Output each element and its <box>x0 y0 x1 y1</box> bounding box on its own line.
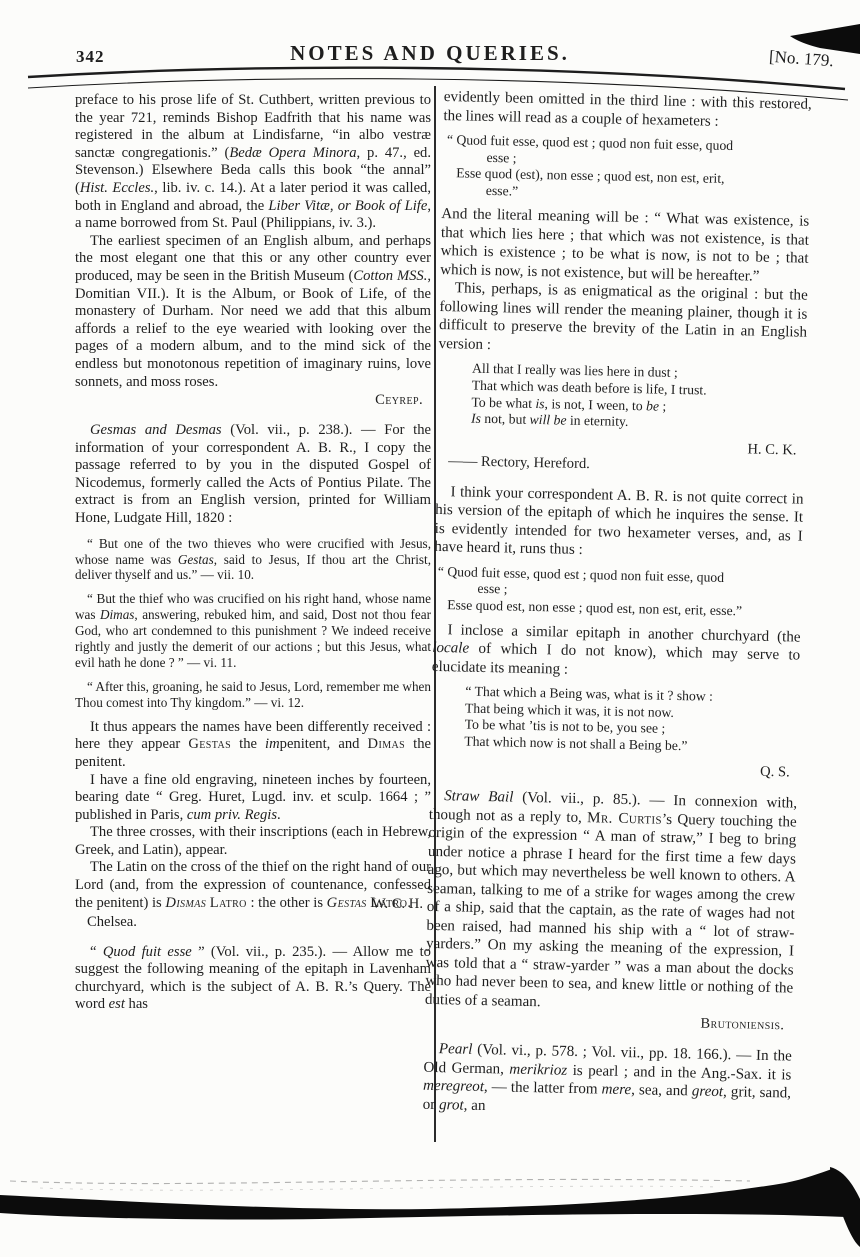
block-quote: “ But the thief who was crucified on his… <box>75 591 431 671</box>
text-segment: not, but <box>481 411 530 427</box>
text-segment: merikrioz <box>509 1061 567 1078</box>
text-segment: H. C. K. <box>747 441 796 458</box>
left-column: preface to his prose life of St. Cuthber… <box>75 92 431 1014</box>
paragraph: The three crosses, with their inscriptio… <box>75 824 431 859</box>
place-line: Chelsea. <box>87 913 431 931</box>
text-segment: W. C. H. <box>372 896 423 912</box>
text-segment: mere <box>601 1082 631 1099</box>
text-segment: To be what <box>471 394 535 410</box>
text-segment: esse ; <box>477 581 507 597</box>
signature: Ceyrep. <box>75 391 431 409</box>
text-segment: Brutoniensis. <box>700 1016 784 1034</box>
text-segment: : the other is <box>247 895 327 911</box>
text-segment: , sea, and <box>631 1083 692 1100</box>
text-segment: grot <box>439 1097 464 1114</box>
text-segment: esse ; <box>486 150 516 166</box>
text-segment: Mr. Curtis <box>587 810 662 828</box>
text-segment: locale <box>432 640 469 657</box>
text-segment: is pearl ; and in the Ang.-Sax. it is <box>567 1063 792 1084</box>
text-segment: The three crosses, with their inscriptio… <box>75 824 431 858</box>
text-segment: Straw Bail <box>444 789 514 806</box>
text-segment: This, perhaps, is as enigmatical as the … <box>438 281 807 353</box>
text-segment: of which I do not know), which may serve… <box>432 641 801 678</box>
block-quote: “ After this, groaning, he said to Jesus… <box>75 679 431 711</box>
text-segment: greot <box>692 1084 724 1101</box>
text-segment: in eternity. <box>566 413 628 429</box>
text-segment: “ <box>90 944 103 960</box>
text-segment: Dimas <box>368 736 406 752</box>
text-segment: has <box>125 996 148 1012</box>
text-segment: Gestas <box>178 552 214 567</box>
text-segment: —— Rectory, Hereford. <box>448 453 590 472</box>
text-segment: esse.” <box>486 183 519 199</box>
text-segment: Ceyrep. <box>375 392 423 408</box>
text-segment: est <box>109 996 125 1012</box>
text-segment: Chelsea. <box>87 914 137 930</box>
text-segment: Liber Vitæ, or Book of Life <box>268 198 427 214</box>
text-segment: penitent, and <box>280 736 368 752</box>
paragraph: I inclose a similar epitaph in another c… <box>432 620 801 683</box>
text-segment: Gestas <box>327 895 367 911</box>
text-segment: “ After this, groaning, he said to Jesus… <box>75 679 431 710</box>
right-column: evidently been omitted in the third line… <box>423 88 812 1122</box>
text-segment: will be <box>529 412 566 428</box>
paragraph: “ Quod fuit esse ” (Vol. vii., p. 235.).… <box>75 944 431 1014</box>
text-segment: Gesmas and Desmas <box>90 422 222 438</box>
paragraph: I think your correspondent A. B. R. is n… <box>434 483 803 565</box>
verse: “ Quod fuit esse, quod est ; quod non fu… <box>433 564 802 621</box>
text-segment: Dimas <box>100 607 134 622</box>
text-segment: Q. S. <box>760 764 790 781</box>
text-segment: Is <box>471 411 481 426</box>
paragraph: I have a fine old engraving, nineteen in… <box>75 772 431 825</box>
text-segment: cum priv. Regis <box>187 807 277 823</box>
page-title: NOTES AND QUERIES. <box>0 41 860 66</box>
scan-artifact-bottom-edge <box>0 1155 860 1257</box>
text-segment: be <box>646 398 659 413</box>
text-segment: I think your correspondent A. B. R. is n… <box>434 484 803 558</box>
text-segment: Cotton MSS. <box>353 268 427 284</box>
block-quote: “ But one of the two thieves who were cr… <box>75 536 431 584</box>
text-segment: , an <box>463 1098 485 1114</box>
paragraph: This, perhaps, is as enigmatical as the … <box>438 279 807 361</box>
text-segment: , is not, I ween, to <box>544 396 646 413</box>
paragraph: preface to his prose life of St. Cuthber… <box>75 92 431 233</box>
text-segment: meregreot <box>423 1078 484 1095</box>
text-segment: Latro <box>210 895 247 911</box>
paragraph: The earliest specimen of an English albu… <box>75 233 431 391</box>
text-segment: Bedæ Opera Minora <box>229 145 356 161</box>
verse: “ That which a Being was, what is it ? s… <box>460 684 799 757</box>
paragraph: evidently been omitted in the third line… <box>443 88 812 133</box>
text-segment: , Domitian VII.). It is the Album, or Bo… <box>75 268 431 390</box>
paragraph: Straw Bail (Vol. vii., p. 85.). — In con… <box>425 787 798 1017</box>
text-segment: Dismas <box>165 895 206 911</box>
text-segment: ; <box>659 398 667 413</box>
text-segment: im <box>265 736 280 752</box>
page: 342 NOTES AND QUERIES. [No. 179. preface… <box>0 0 860 1257</box>
text-segment: the <box>231 736 265 752</box>
paragraph: Pearl (Vol. vi., p. 578. ; Vol. vii., pp… <box>423 1040 792 1122</box>
text-segment: , — the latter from <box>484 1079 602 1097</box>
text-segment: Hist. Eccles. <box>80 180 154 196</box>
verse: All that I really was lies here in dust … <box>467 361 806 434</box>
text-segment: ’s Query touching the origin of the expr… <box>425 812 797 1010</box>
text-segment: Gestas <box>188 736 231 752</box>
text-segment: . <box>277 807 281 823</box>
paragraph: It thus appears the names have been diff… <box>75 719 431 772</box>
text-segment: Quod fuit esse <box>103 944 192 960</box>
signature: Q. S. <box>430 756 798 782</box>
paragraph: Gesmas and Desmas (Vol. vii., p. 238.). … <box>75 422 431 528</box>
text-segment: Pearl <box>439 1042 473 1059</box>
paragraph: And the literal meaning will be : “ What… <box>440 205 809 287</box>
text-segment: evidently been omitted in the third line… <box>443 89 812 129</box>
issue-number: [No. 179. <box>769 47 835 71</box>
text-segment: And the literal meaning will be : “ What… <box>440 206 809 284</box>
verse: “ Quod fuit esse, quod est ; quod non fu… <box>442 132 811 206</box>
